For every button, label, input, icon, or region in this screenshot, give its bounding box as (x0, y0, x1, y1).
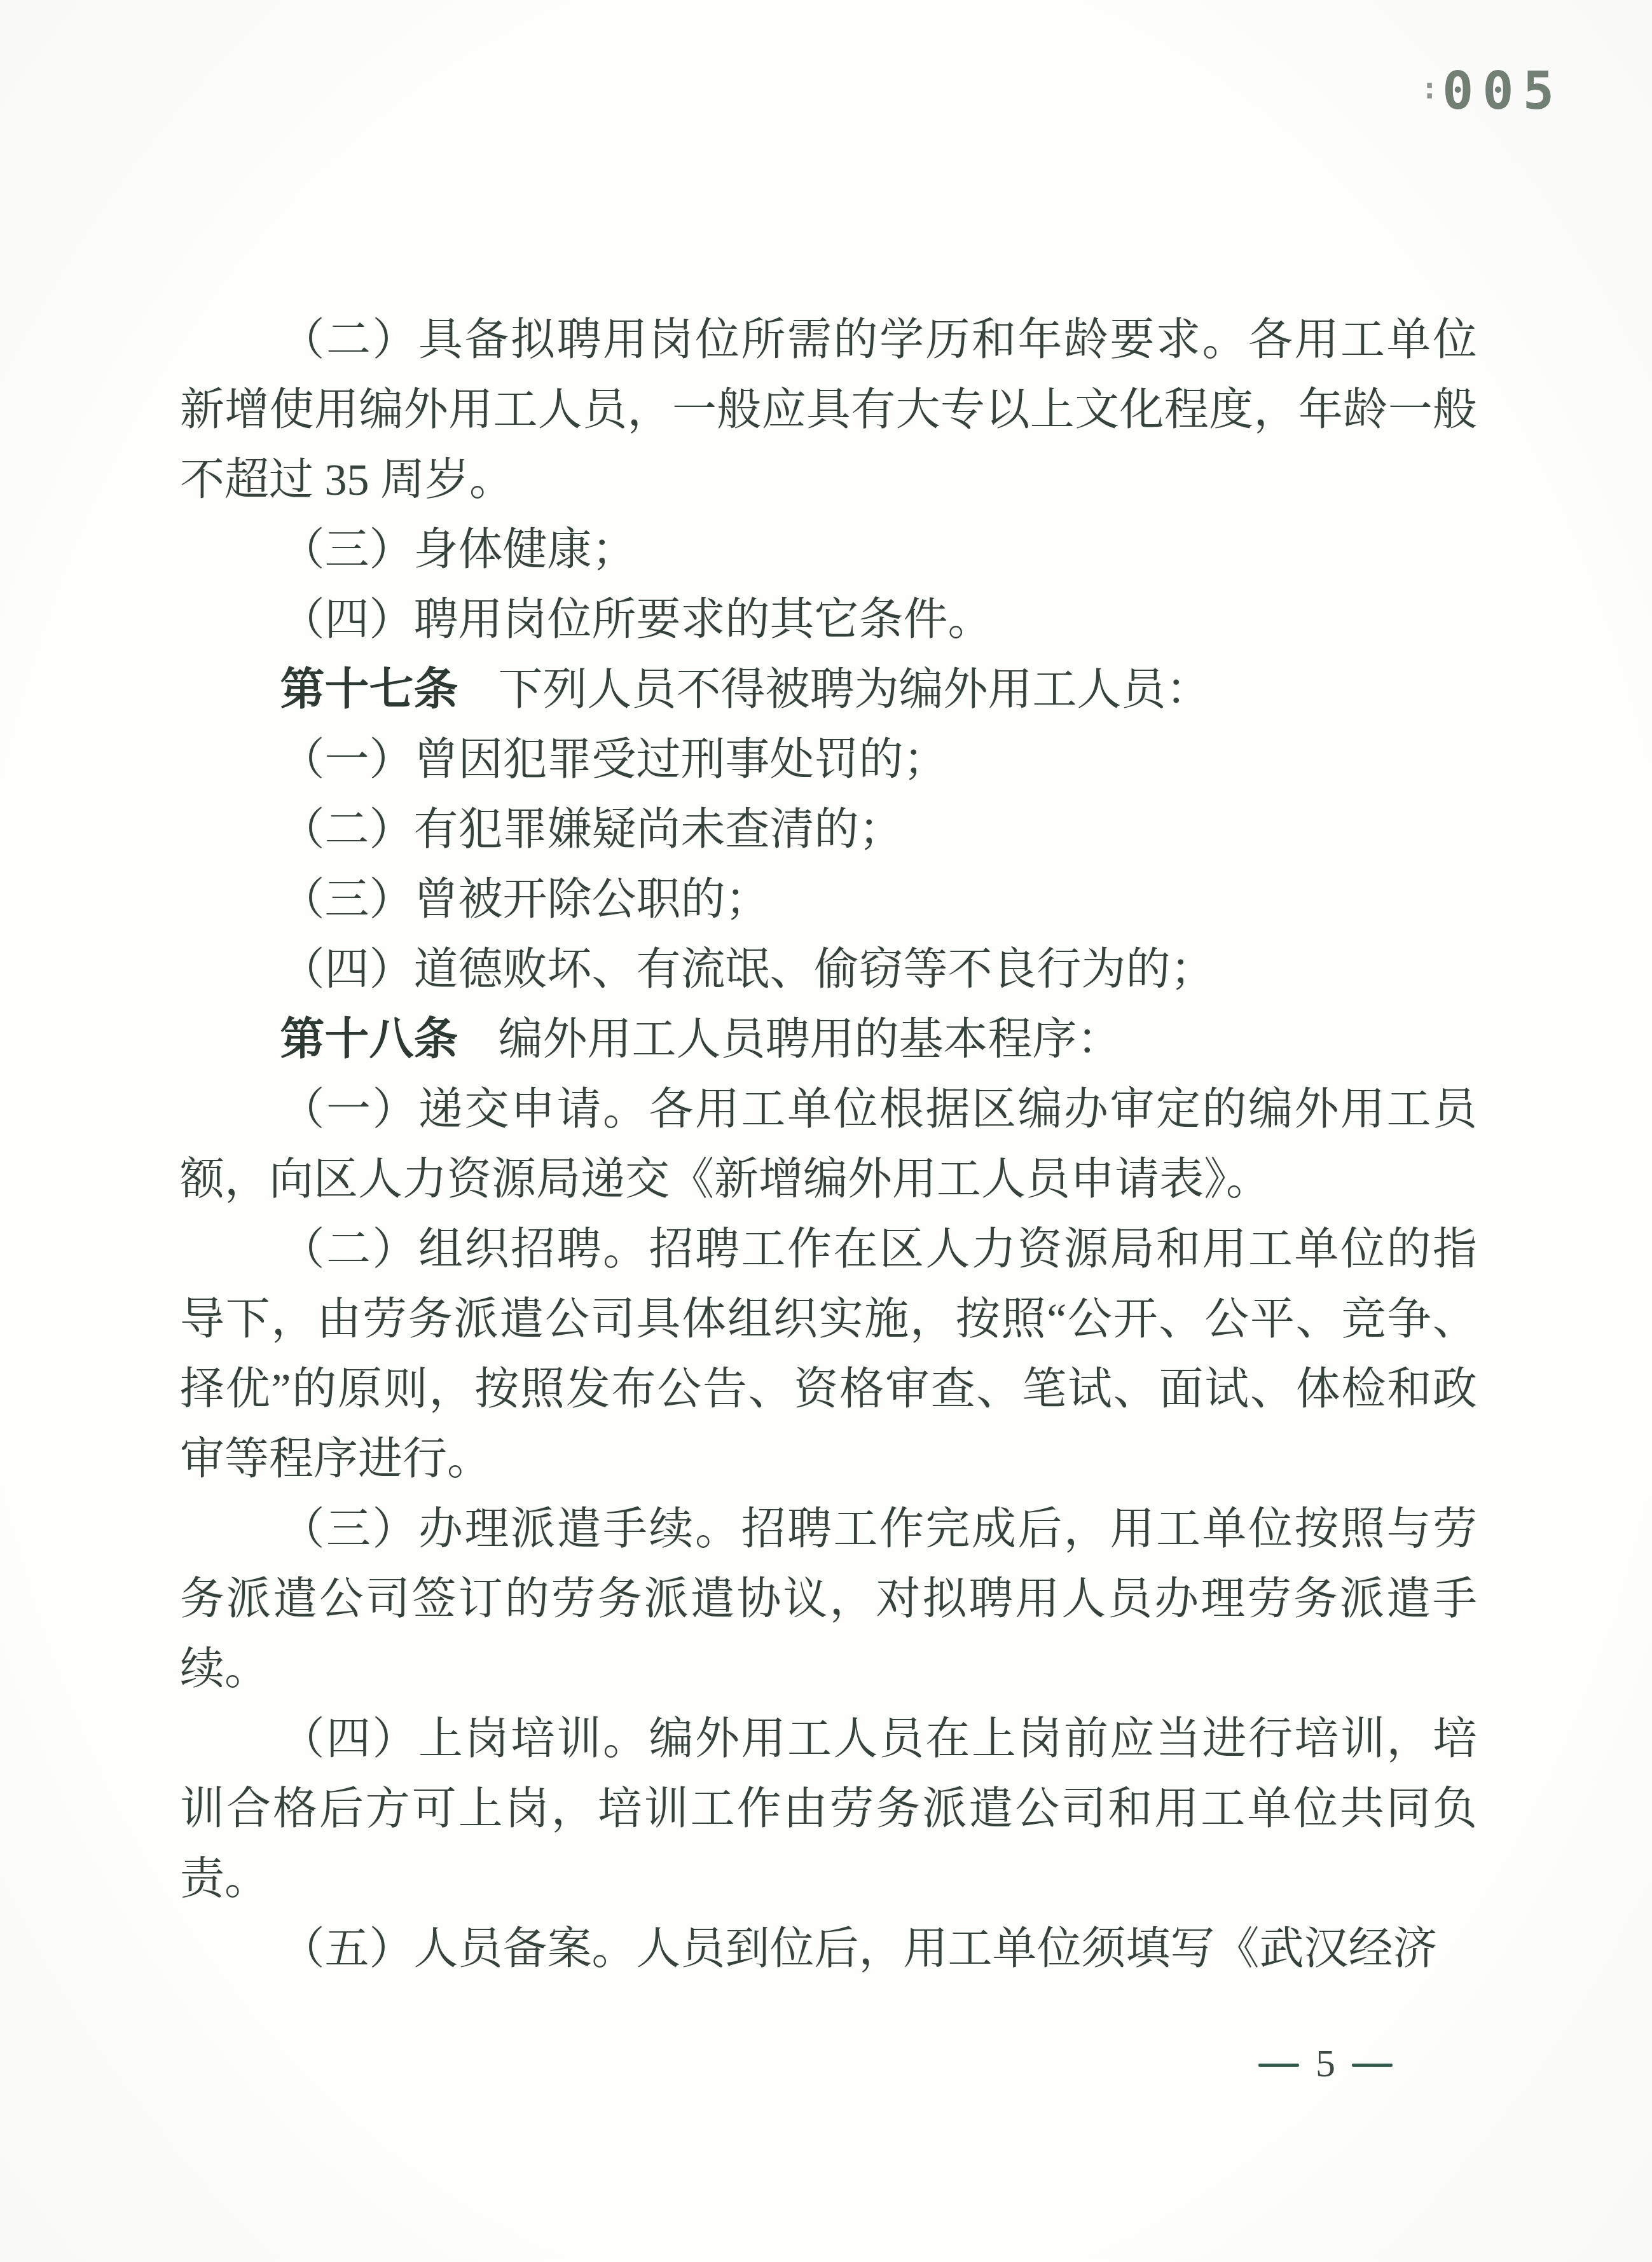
paragraph: （二）组织招聘。招聘工作在区人力资源局和用工单位的指导下，由劳务派遣公司具体组织… (180, 1215, 1477, 1495)
article-term: 第十八条 (280, 1016, 458, 1065)
paragraph-text: （二）组织招聘。招聘工作在区人力资源局和用工单位的指导下，由劳务派遣公司具体组织… (180, 1225, 1477, 1484)
paragraph: （三）身体健康； (180, 516, 1477, 586)
paragraph: （三）办理派遣手续。招聘工作完成后，用工单位按照与劳务派遣公司签订的劳务派遣协议… (180, 1495, 1477, 1705)
paragraph: （四）道德败坏、有流氓、偷窃等不良行为的； (180, 935, 1477, 1005)
paragraph-text: （二）具备拟聘用岗位所需的学历和年龄要求。各用工单位新增使用编外用工人员，一般应… (180, 316, 1477, 505)
article-term: 第十七条 (280, 666, 458, 715)
paragraph-text: （二）有犯罪嫌疑尚未查清的； (280, 806, 904, 855)
paragraph: （一）曾因犯罪受过刑事处罚的； (180, 726, 1477, 796)
paragraph-text: 下列人员不得被聘为编外用工人员： (499, 666, 1211, 715)
paragraph-article-18: 第十八条编外用工人员聘用的基本程序： (180, 1005, 1477, 1075)
document-page: ∶005 （二）具备拟聘用岗位所需的学历和年龄要求。各用工单位新增使用编外用工人… (0, 0, 1652, 2262)
paragraph-text: （一）曾因犯罪受过刑事处罚的； (280, 736, 948, 785)
paragraph: （二）有犯罪嫌疑尚未查清的； (180, 796, 1477, 865)
paragraph-text: （三）身体健康； (280, 526, 637, 575)
paragraph: （五）人员备案。人员到位后，用工单位须填写《武汉经济 (180, 1915, 1477, 1985)
paragraph-text: （四）上岗培训。编外用工人员在上岗前应当进行培训，培训合格后方可上岗，培训工作由… (180, 1715, 1477, 1904)
paragraph: （四）上岗培训。编外用工人员在上岗前应当进行培训，培训合格后方可上岗，培训工作由… (180, 1705, 1477, 1915)
page-number: 5 (1316, 2044, 1335, 2083)
paragraph-article-17: 第十七条下列人员不得被聘为编外用工人员： (180, 656, 1477, 726)
paragraph-text: （三）曾被开除公职的； (280, 876, 770, 925)
paragraph: （三）曾被开除公职的； (180, 865, 1477, 935)
footer-dash-right (1352, 2064, 1393, 2067)
footer-dash-left (1258, 2064, 1299, 2067)
paragraph-text: （三）办理派遣手续。招聘工作完成后，用工单位按照与劳务派遣公司签订的劳务派遣协议… (180, 1505, 1477, 1694)
paragraph: （四）聘用岗位所要求的其它条件。 (180, 586, 1477, 656)
paragraph-text: （四）聘用岗位所要求的其它条件。 (280, 596, 993, 645)
folio-stamp-prefix-mark: ∶ (1421, 72, 1440, 107)
paragraph: （一）递交申请。各用工单位根据区编办审定的编外用工员额，向区人力资源局递交《新增… (180, 1075, 1477, 1215)
paragraph-text: （五）人员备案。人员到位后，用工单位须填写《武汉经济 (280, 1925, 1438, 1974)
folio-stamp-number: 005 (1442, 61, 1563, 121)
paragraph-text: 编外用工人员聘用的基本程序： (499, 1016, 1122, 1065)
paragraph-text: （一）递交申请。各用工单位根据区编办审定的编外用工员额，向区人力资源局递交《新增… (180, 1086, 1477, 1204)
folio-stamp: ∶005 (1421, 61, 1563, 121)
page-footer: 5 (1258, 2043, 1393, 2087)
document-body: （二）具备拟聘用岗位所需的学历和年龄要求。各用工单位新增使用编外用工人员，一般应… (180, 306, 1477, 1985)
paragraph-text: （四）道德败坏、有流氓、偷窃等不良行为的； (280, 946, 1215, 995)
paragraph: （二）具备拟聘用岗位所需的学历和年龄要求。各用工单位新增使用编外用工人员，一般应… (180, 306, 1477, 516)
